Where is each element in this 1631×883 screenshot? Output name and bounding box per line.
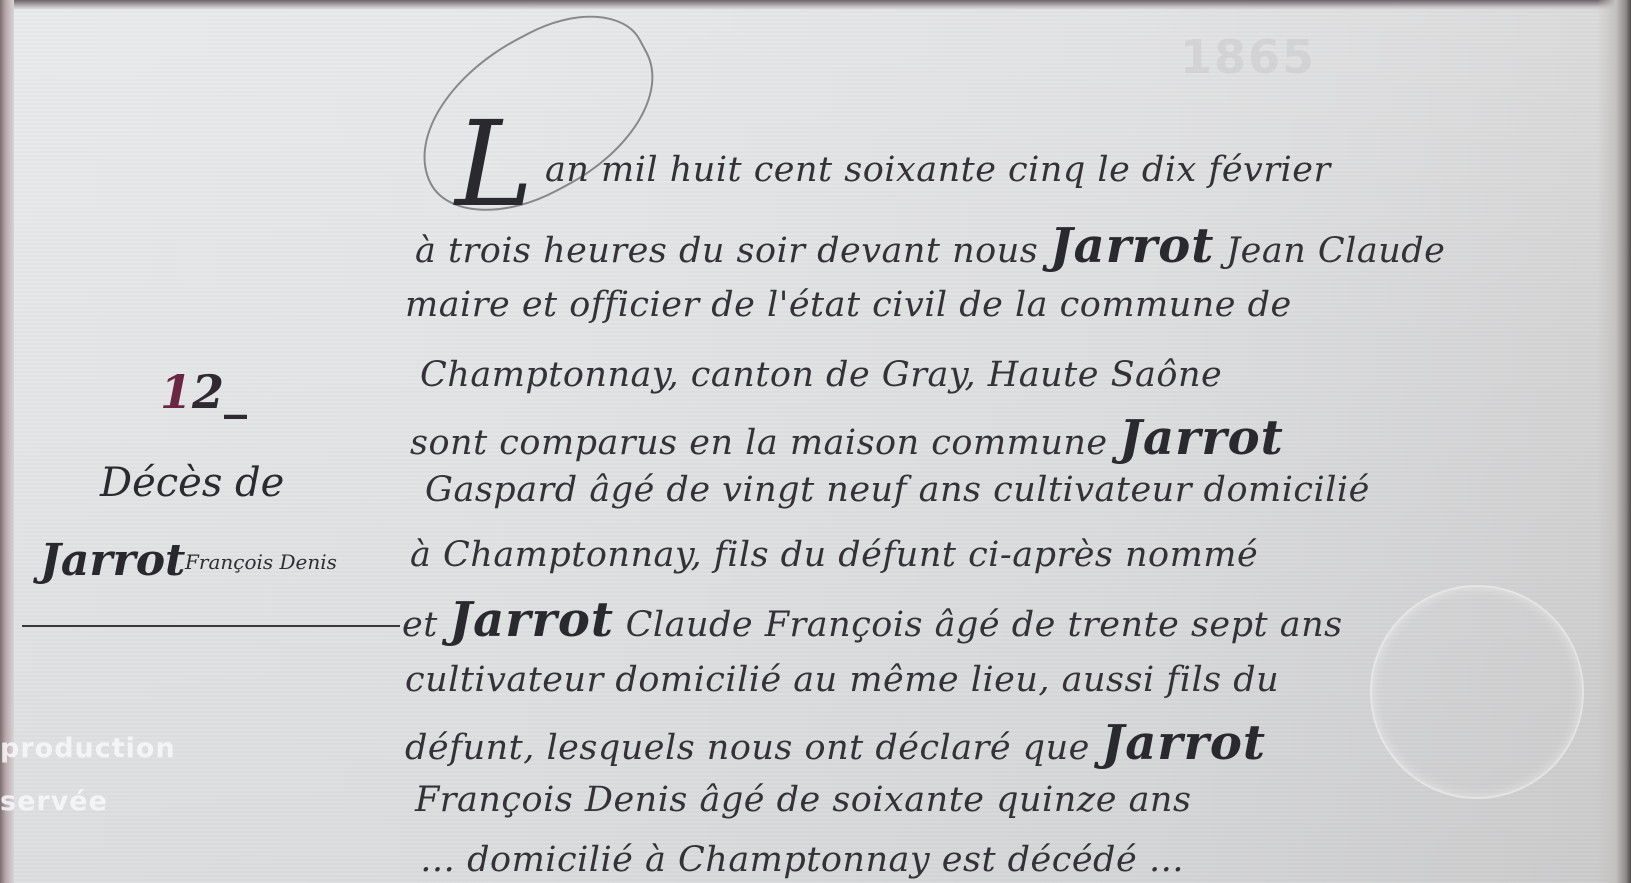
line-text: sont comparus en la maison commune <box>410 423 1108 463</box>
embossed-seal <box>1370 585 1584 799</box>
initial-flourish <box>389 0 686 243</box>
line-text: François Denis âgé de soixante quinze an… <box>415 780 1191 820</box>
body-line-3: maire et officier de l'état civil de la … <box>405 285 1292 325</box>
body-line-4: Champtonnay, canton de Gray, Haute Saône <box>420 355 1222 395</box>
body-line-1: an mil huit cent soixante cinq le dix fé… <box>545 150 1331 190</box>
record-number: 12_ <box>160 365 247 419</box>
line-text: à Champtonnay, fils du défunt ci-après n… <box>410 535 1258 575</box>
line-text: an mil huit cent soixante cinq le dix fé… <box>545 150 1331 190</box>
watermark-line-2: servée <box>0 786 108 817</box>
record-number-dash: _ <box>224 365 247 419</box>
line-text-after: Jean Claude <box>1226 231 1445 271</box>
faint-embossed-stamp: 1865 <box>1180 30 1316 84</box>
line-text: … domicilié à Champtonnay est décédé … <box>420 840 1184 880</box>
margin-surname: Jarrot <box>40 535 185 586</box>
margin-given-names: François Denis <box>185 550 337 574</box>
body-line-10: défunt, lesquels nous ont déclaré que Ja… <box>405 715 1266 771</box>
margin-divider-rule <box>22 625 400 627</box>
body-line-6: Gaspard âgé de vingt neuf ans cultivateu… <box>425 470 1370 510</box>
line-text: à trois heures du soir devant nous <box>415 231 1038 271</box>
body-line-9: cultivateur domicilié au même lieu, auss… <box>405 660 1279 700</box>
body-line-7: à Champtonnay, fils du défunt ci-après n… <box>410 535 1258 575</box>
surname-jarrot: Jarrot <box>1119 410 1284 466</box>
line-text: Claude François âgé de trente sept ans <box>626 605 1343 645</box>
line-text: maire et officier de l'état civil de la … <box>405 285 1292 325</box>
record-number-rest: 2 <box>192 365 224 419</box>
body-line-12: … domicilié à Champtonnay est décédé … <box>420 840 1184 880</box>
body-line-11: François Denis âgé de soixante quinze an… <box>415 780 1191 820</box>
watermark-line-1: production <box>0 733 176 764</box>
line-text: Champtonnay, canton de Gray, Haute Saône <box>420 355 1222 395</box>
body-line-2: à trois heures du soir devant nous Jarro… <box>415 218 1445 274</box>
page-right-edge <box>1597 0 1631 883</box>
surname-jarrot: Jarrot <box>449 592 614 648</box>
margin-title: Décès de <box>100 460 284 506</box>
line-text: cultivateur domicilié au même lieu, auss… <box>405 660 1279 700</box>
line-text: défunt, lesquels nous ont déclaré que <box>405 728 1090 768</box>
line-text-before: et <box>402 605 438 645</box>
surname-jarrot: Jarrot <box>1101 715 1266 771</box>
page-top-edge <box>0 0 1631 10</box>
record-number-red-digit: 1 <box>160 365 192 419</box>
drop-initial: L <box>455 105 533 223</box>
bleed-through-text <box>120 255 127 280</box>
line-text: Gaspard âgé de vingt neuf ans cultivateu… <box>425 470 1370 510</box>
body-line-5: sont comparus en la maison commune Jarro… <box>410 410 1284 466</box>
registry-page: 1865 12_ Décès de Jarrot François Denis … <box>0 0 1631 883</box>
body-line-8: et Jarrot Claude François âgé de trente … <box>402 592 1343 648</box>
surname-jarrot: Jarrot <box>1050 218 1215 274</box>
